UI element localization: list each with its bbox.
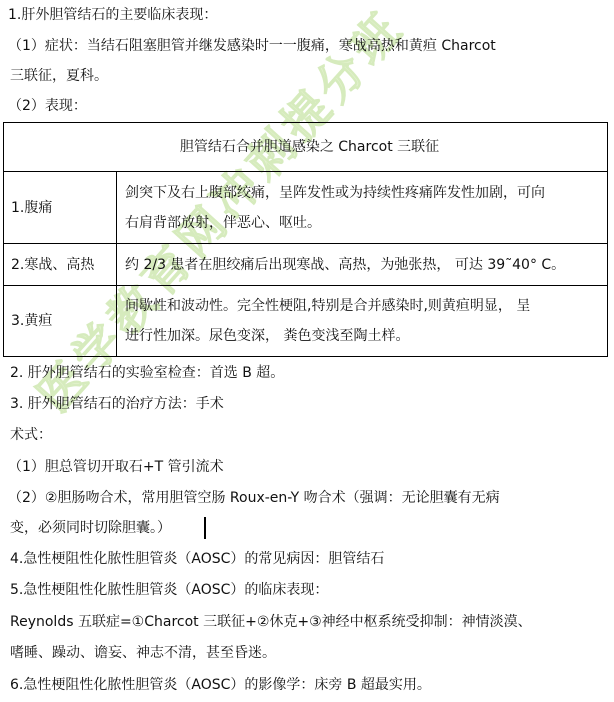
row-text-line: 右肩背部放射，伴恶心、呕吐。	[125, 208, 601, 238]
table-cell-label: 2.寒战、高热	[4, 244, 117, 285]
document-content: 1.肝外胆管结石的主要临床表现： （1）症状：当结石阻塞胆管并继发感染时一一腹痛…	[0, 0, 614, 702]
row-label-chills-fever: 2.寒战、高热	[11, 255, 94, 275]
table-cell-content: 间歇性和波动性。完全性梗阻,特别是合并感染时,则黄疸明显， 呈 进行性加深。尿色…	[117, 286, 607, 356]
section6-text: 6.急性梗阻性化脓性胆管炎（AOSC）的影像学：床旁 B 超最实用。	[10, 675, 431, 695]
charcot-triad-table: 胆管结石合并胆道感染之 Charcot 三联征 1.腹痛 剑突下及右上腹部绞痛，…	[3, 122, 608, 357]
table-cell-content: 剑突下及右上腹部绞痛，呈阵发性或为持续性疼痛阵发性加剧，可向 右肩背部放射，伴恶…	[117, 172, 607, 243]
section3-surgery-label: 术式：	[10, 425, 52, 445]
row-label-abdominal-pain: 1.腹痛	[11, 198, 52, 218]
table-cell-content: 约 2/3 患者在胆绞痛后出现寒战、高热，为弛张热， 可达 39˜40° C。	[117, 244, 607, 285]
section3-text: 3. 肝外胆管结石的治疗方法：手术	[10, 394, 224, 414]
section1-symptom-line2: 三联征，夏科。	[10, 66, 108, 86]
row-label-jaundice: 3.黄疸	[11, 311, 52, 331]
table-cell-label: 1.腹痛	[4, 172, 117, 243]
section3-item1: （1）胆总管切开取石+T 管引流术	[8, 457, 224, 477]
row-text-line: 进行性加深。尿色变深， 粪色变浅至陶土样。	[125, 321, 601, 351]
section5-line1: Reynolds 五联症=①Charcot 三联征+②休克+③神经中枢系统受抑制…	[10, 612, 532, 632]
section4-text: 4.急性梗阻性化脓性胆管炎（AOSC）的常见病因：胆管结石	[10, 549, 384, 569]
table-header-row: 胆管结石合并胆道感染之 Charcot 三联征	[4, 123, 607, 172]
table-row: 2.寒战、高热 约 2/3 患者在胆绞痛后出现寒战、高热，为弛张热， 可达 39…	[4, 244, 607, 286]
section2-text: 2. 肝外胆管结石的实验室检查：首选 B 超。	[10, 363, 284, 383]
row-text-line: 约 2/3 患者在胆绞痛后出现寒战、高热，为弛张热， 可达 39˜40° C。	[125, 250, 601, 280]
table-cell-label: 3.黄疸	[4, 286, 117, 356]
table-header: 胆管结石合并胆道感染之 Charcot 三联征	[4, 137, 607, 157]
section3-item2-line1: （2）②胆肠吻合术，常用胆管空肠 Roux-en-Y 吻合术（强调：无论胆囊有无…	[8, 488, 500, 508]
section1-symptom-line1: （1）症状：当结石阻塞胆管并继发感染时一一腹痛，寒战高热和黄疸 Charcot	[8, 36, 496, 56]
table-row: 3.黄疸 间歇性和波动性。完全性梗阻,特别是合并感染时,则黄疸明显， 呈 进行性…	[4, 286, 607, 356]
section1-title: 1.肝外胆管结石的主要临床表现：	[8, 5, 217, 25]
row-text-line: 间歇性和波动性。完全性梗阻,特别是合并感染时,则黄疸明显， 呈	[125, 291, 601, 321]
section1-manifest-label: （2）表现：	[8, 96, 87, 116]
text-cursor	[204, 517, 206, 539]
section3-item2-line2: 变，必须同时切除胆囊。）	[10, 518, 171, 538]
table-row: 1.腹痛 剑突下及右上腹部绞痛，呈阵发性或为持续性疼痛阵发性加剧，可向 右肩背部…	[4, 172, 607, 244]
section5-line2: 嗜睡、躁动、谵妄、神志不清，甚至昏迷。	[10, 643, 276, 663]
row-text-line: 剑突下及右上腹部绞痛，呈阵发性或为持续性疼痛阵发性加剧，可向	[125, 178, 601, 208]
section5-title: 5.急性梗阻性化脓性胆管炎（AOSC）的临床表现：	[10, 580, 328, 600]
document-page: 医学教育网冲刺提分班 1.肝外胆管结石的主要临床表现： （1）症状：当结石阻塞胆…	[0, 0, 614, 702]
